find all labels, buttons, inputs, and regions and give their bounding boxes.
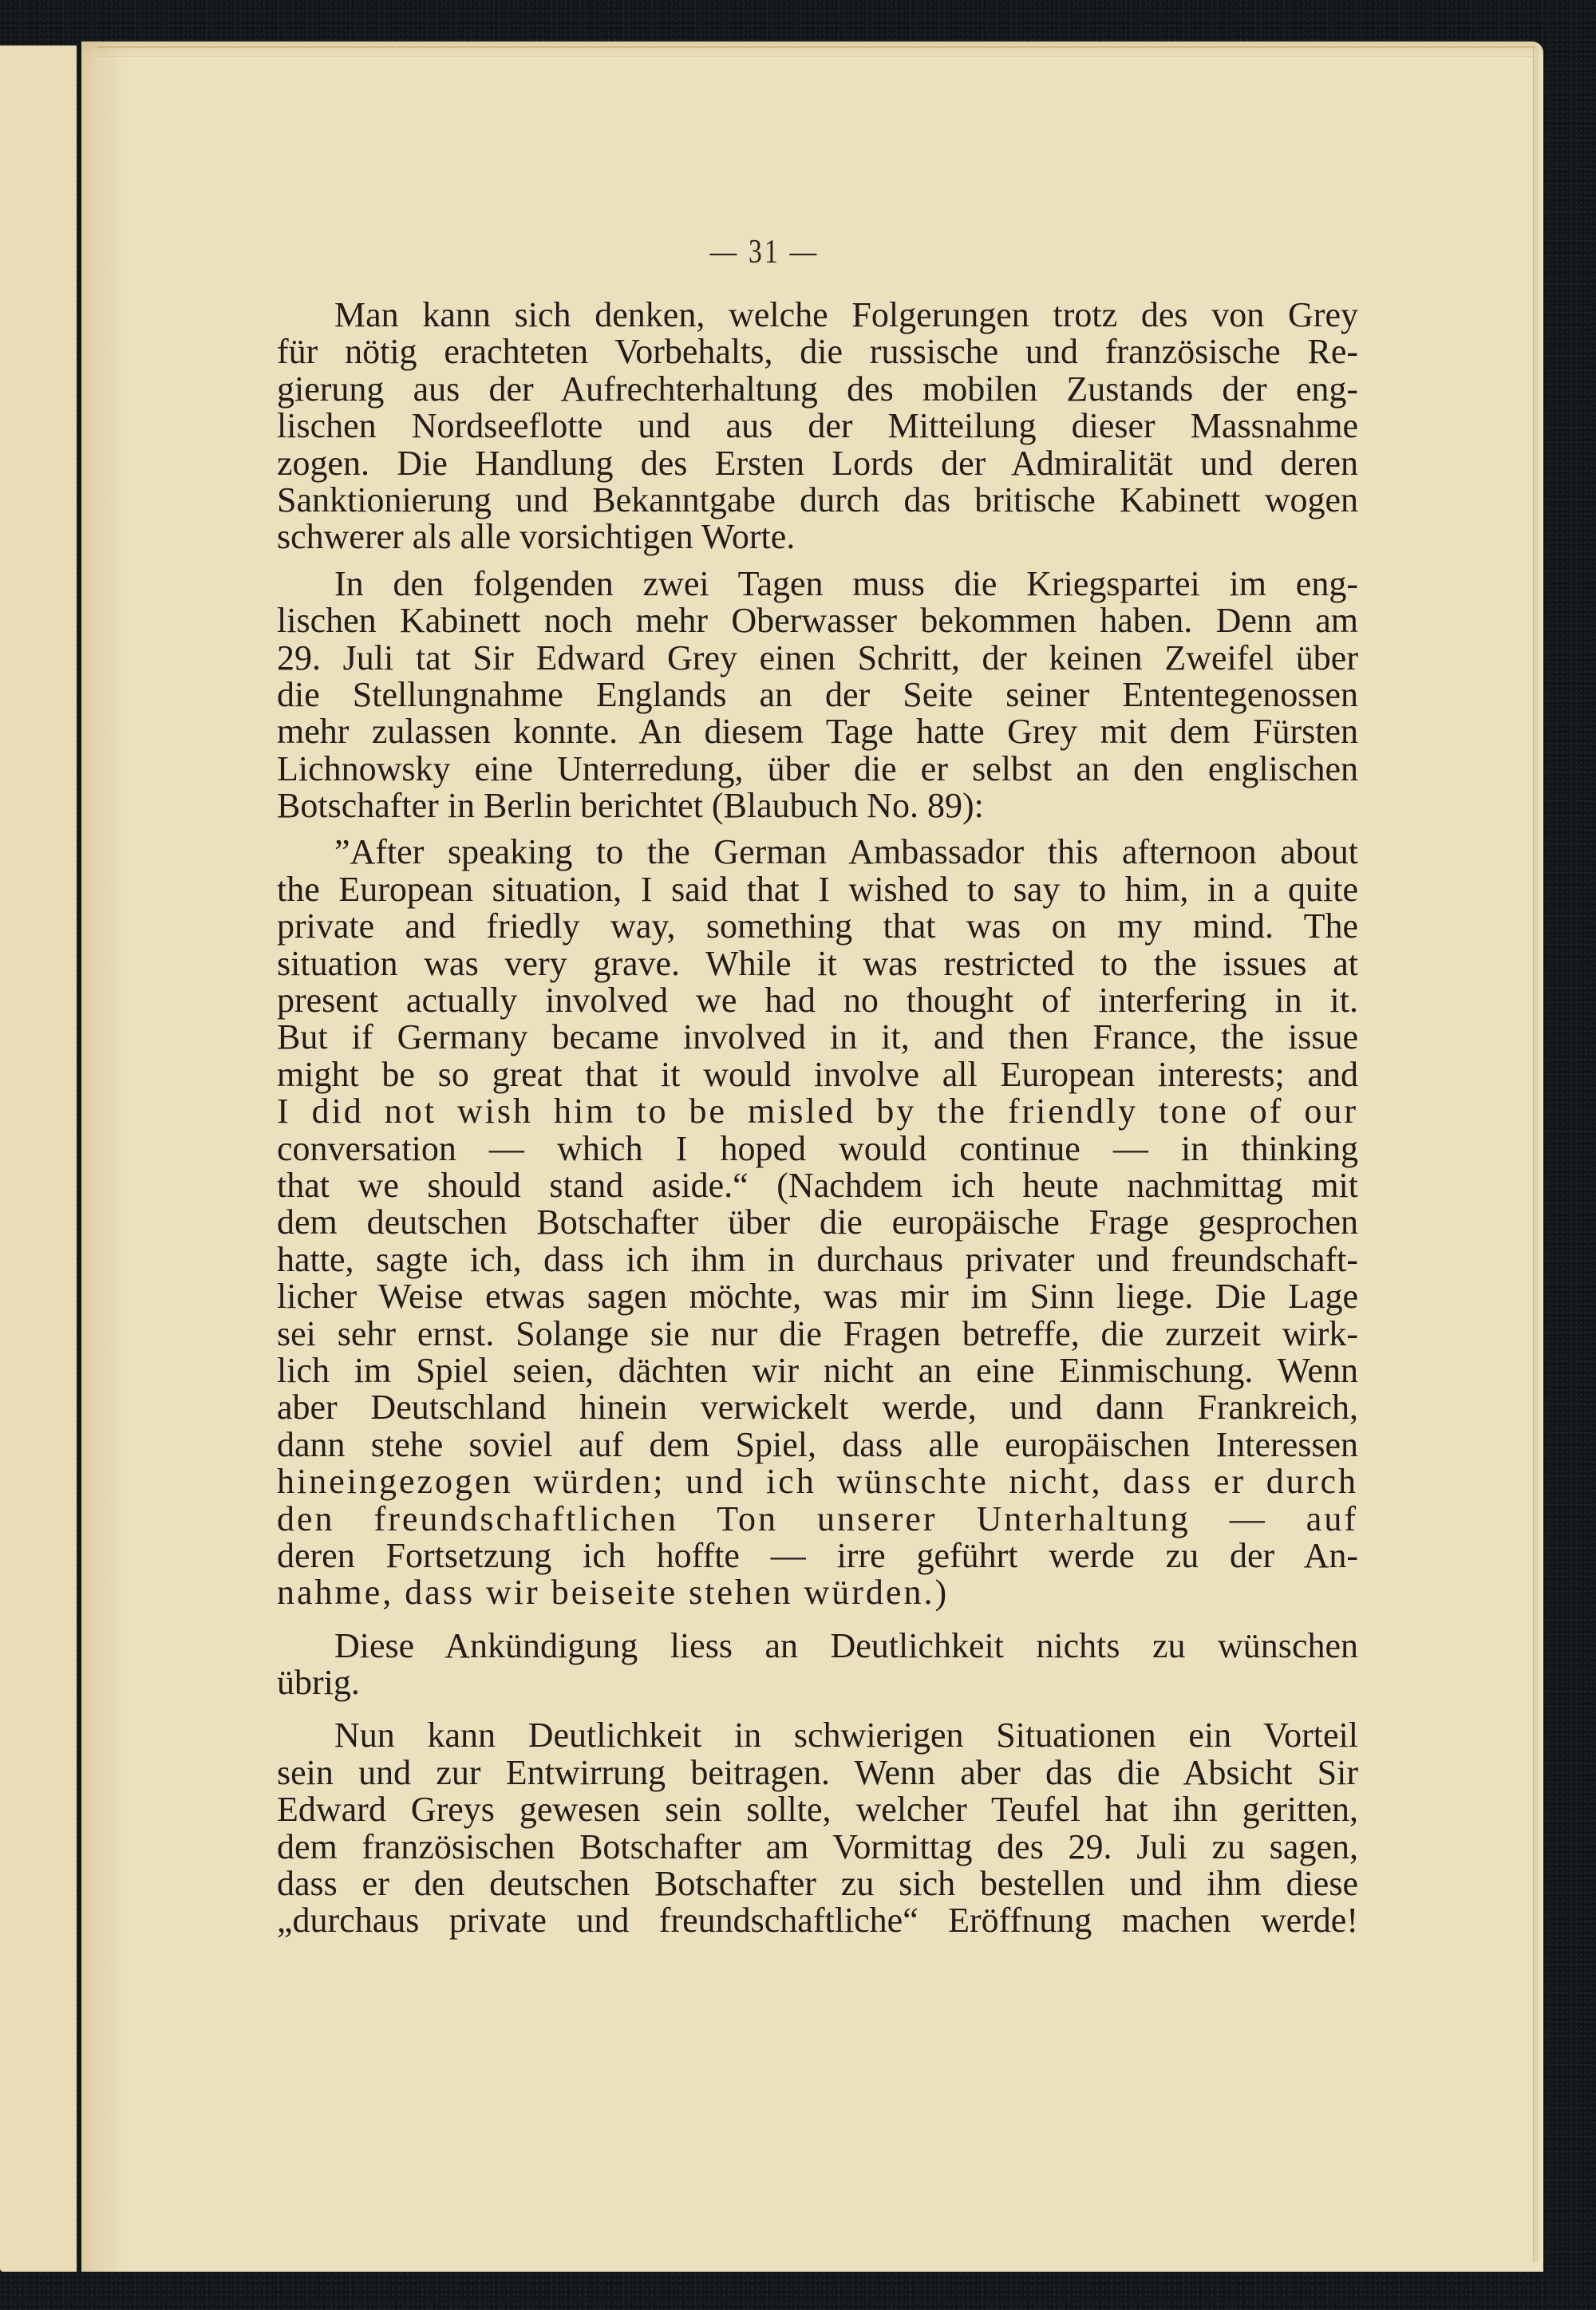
text-line: might be so great that it would involve …: [277, 1056, 1358, 1093]
text-line: deren Fortsetzung ich hoffte — irre gefü…: [277, 1538, 1358, 1574]
text-line: dem französischen Botschafter am Vormitt…: [277, 1829, 1358, 1866]
text-line: den freundschaftlichen Ton unserer Unter…: [277, 1501, 1358, 1538]
text-line: In den folgenden zwei Tagen muss die Kri…: [277, 566, 1358, 602]
body-text: Man kann sich denken, welche Folgerungen…: [277, 297, 1358, 1949]
text-line: Lichnowsky eine Unterredung, über die er…: [277, 751, 1358, 788]
paragraph-5: Nun kann Deutlichkeit in schwierigen Sit…: [277, 1717, 1358, 1939]
text-line: present actually involved we had no thou…: [277, 982, 1358, 1019]
text-line: 29. Juli tat Sir Edward Grey einen Schri…: [277, 640, 1358, 677]
text-line: private and friedly way, something that …: [277, 908, 1358, 945]
text-line: But if Germany became involved in it, an…: [277, 1019, 1358, 1056]
paragraph-4: Diese Ankündigung liess an Deutlichkeit …: [277, 1628, 1358, 1702]
text-line: sein und zur Entwirrung beitragen. Wenn …: [277, 1755, 1358, 1791]
text-line: Nun kann Deutlichkeit in schwierigen Sit…: [277, 1717, 1358, 1754]
text-line: Man kann sich denken, welche Folgerungen…: [277, 297, 1358, 334]
text-line: hatte, sagte ich, dass ich ihm in durcha…: [277, 1242, 1358, 1278]
text-line: licher Weise etwas sagen möchte, was mir…: [277, 1278, 1358, 1315]
text-line: übrig.: [277, 1664, 1358, 1701]
text-line: für nötig erachteten Vorbehalts, die rus…: [277, 334, 1358, 370]
text-line: sei sehr ernst. Solange sie nur die Frag…: [277, 1316, 1358, 1352]
paragraph-2: In den folgenden zwei Tagen muss die Kri…: [277, 566, 1358, 825]
page-number: — 31 —: [180, 233, 1349, 271]
text-line: zogen. Die Handlung des Ersten Lords der…: [277, 445, 1358, 482]
text-line: Edward Greys gewesen sein sollte, welche…: [277, 1791, 1358, 1828]
text-line: I did not wish him to be misled by the f…: [277, 1093, 1358, 1130]
text-line: dann stehe soviel auf dem Spiel, dass al…: [277, 1427, 1358, 1463]
text-line: mehr zulassen konnte. An diesem Tage hat…: [277, 713, 1358, 750]
text-line: that we should stand aside.“ (Nachdem ic…: [277, 1167, 1358, 1204]
text-line: the European situation, I said that I wi…: [277, 871, 1358, 908]
text-line: ”After speaking to the German Ambassador…: [277, 834, 1358, 871]
book-page: — 31 — Man kann sich denken, welche Folg…: [81, 41, 1543, 2272]
text-line: conversation — which I hoped would conti…: [277, 1131, 1358, 1167]
page-right-edge: [1533, 48, 1539, 2262]
text-line: aber Deutschland hinein verwickelt werde…: [277, 1389, 1358, 1426]
text-line: Sanktionierung und Bekanntgabe durch das…: [277, 482, 1358, 519]
text-line: „durchaus private und freundschaftliche“…: [277, 1902, 1358, 1939]
text-line: hineingezogen würden; und ich wünschte n…: [277, 1463, 1358, 1500]
text-line: lich im Spiel seien, dächten wir nicht a…: [277, 1352, 1358, 1389]
text-line: dass er den deutschen Botschafter zu sic…: [277, 1866, 1358, 1902]
text-line: Botschafter in Berlin berichtet (Blaubuc…: [277, 788, 1358, 824]
text-line: lischen Kabinett noch mehr Oberwasser be…: [277, 602, 1358, 639]
facing-page-edge: [0, 45, 77, 2272]
text-line: die Stellungnahme Englands an der Seite …: [277, 677, 1358, 713]
text-line: lischen Nordseeflotte und aus der Mittei…: [277, 408, 1358, 444]
paragraph-1: Man kann sich denken, welche Folgerungen…: [277, 297, 1358, 556]
text-line: nahme, dass wir beiseite stehen würden.): [277, 1574, 1358, 1611]
paragraph-3-quotation: ”After speaking to the German Ambassador…: [277, 834, 1358, 1611]
text-line: Diese Ankündigung liess an Deutlichkeit …: [277, 1628, 1358, 1664]
text-line: schwerer als alle vorsichtigen Worte.: [277, 519, 1358, 555]
page-top-edge: [97, 46, 1535, 57]
text-line: situation was very grave. While it was r…: [277, 946, 1358, 982]
text-line: dem deutschen Botschafter über die europ…: [277, 1204, 1358, 1241]
text-line: gierung aus der Aufrechterhaltung des mo…: [277, 371, 1358, 408]
